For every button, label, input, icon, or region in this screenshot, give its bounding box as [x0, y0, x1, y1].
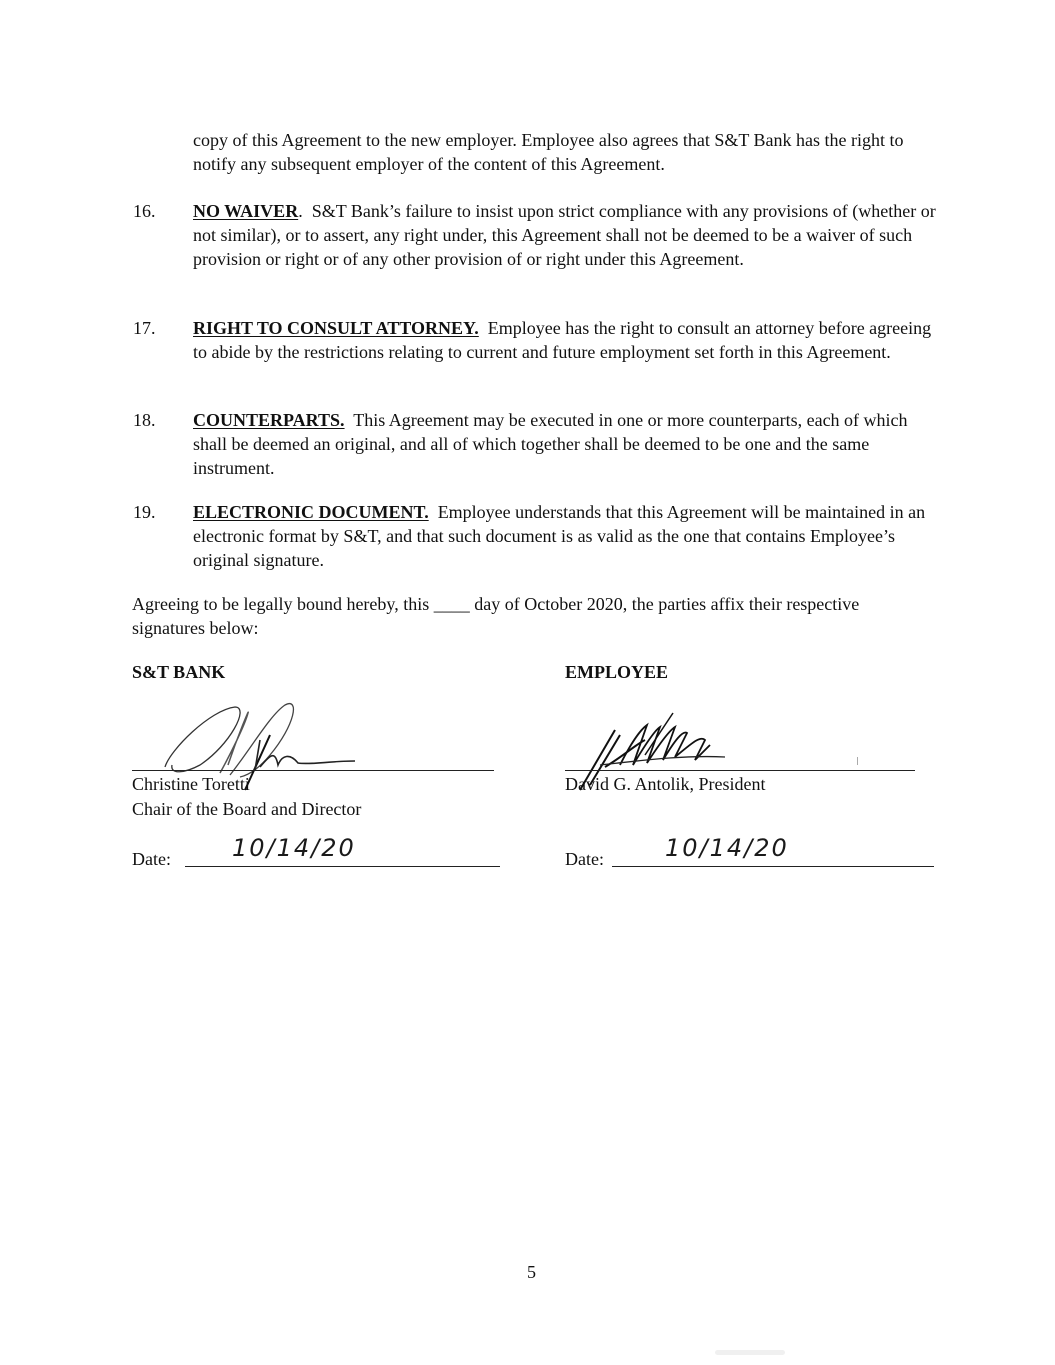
section-number: 19.: [133, 500, 156, 524]
bank-signature-line: [132, 770, 494, 771]
continuation-paragraph: copy of this Agreement to the new employ…: [193, 128, 943, 176]
section-body: NO WAIVER. S&T Bank’s failure to insist …: [193, 199, 943, 271]
section-heading: COUNTERPARTS.: [193, 410, 345, 430]
employee-party-label: EMPLOYEE: [565, 660, 668, 684]
stray-scan-mark: [857, 757, 858, 765]
section-heading: NO WAIVER: [193, 201, 298, 221]
section-text: S&T Bank’s failure to insist upon strict…: [193, 201, 936, 269]
scan-smudge: [715, 1350, 785, 1355]
employee-date-label: Date:: [565, 847, 604, 871]
employee-signature-line: [565, 770, 915, 771]
employee-handwritten-date: 10/14/20: [665, 834, 789, 862]
document-page: copy of this Agreement to the new employ…: [0, 0, 1055, 1365]
heading-punctuation: .: [298, 201, 303, 221]
employee-date-line: [612, 866, 934, 867]
section-heading: ELECTRONIC DOCUMENT.: [193, 502, 429, 522]
section-number: 17.: [133, 316, 156, 340]
bank-signatory-title: Chair of the Board and Director: [132, 797, 361, 821]
agreement-clause: Agreeing to be legally bound hereby, thi…: [132, 592, 932, 640]
page-number: 5: [527, 1260, 536, 1284]
section-body: ELECTRONIC DOCUMENT. Employee understand…: [193, 500, 943, 572]
section-heading: RIGHT TO CONSULT ATTORNEY.: [193, 318, 479, 338]
section-number: 18.: [133, 408, 156, 432]
employee-signatory-name: David G. Antolik, President: [565, 772, 766, 796]
section-number: 16.: [133, 199, 156, 223]
section-body: RIGHT TO CONSULT ATTORNEY. Employee has …: [193, 316, 943, 364]
bank-handwritten-date: 10/14/20: [232, 834, 356, 862]
bank-date-label: Date:: [132, 847, 171, 871]
section-body: COUNTERPARTS. This Agreement may be exec…: [193, 408, 943, 480]
bank-date-line: [185, 866, 500, 867]
bank-signatory-name: Christine Toretti: [132, 772, 250, 796]
bank-party-label: S&T BANK: [132, 660, 225, 684]
